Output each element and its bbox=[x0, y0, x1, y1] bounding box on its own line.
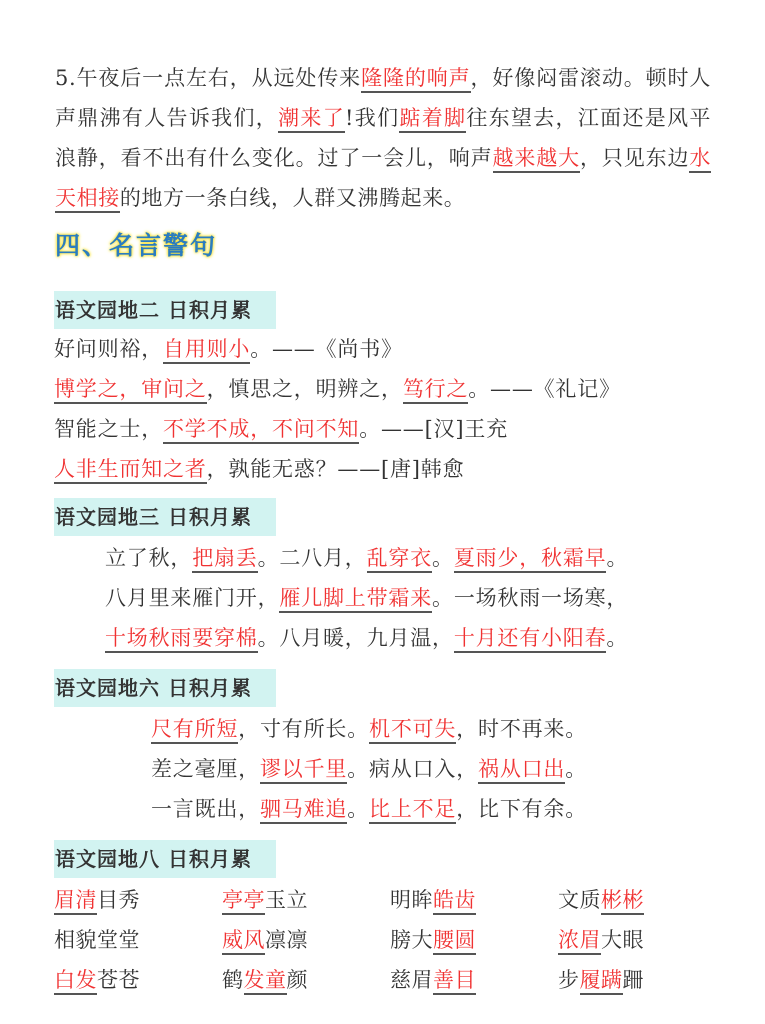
quote-line: 好问则裕，自用则小。——《尚书》 bbox=[54, 329, 621, 369]
idiom-cell: 威风凛凛 bbox=[222, 920, 390, 960]
highlighted-phrase: 十月还有小阳春 bbox=[454, 626, 607, 653]
idiom-row: 相貌堂堂威风凛凛膀大腰圆浓眉大眼 bbox=[54, 920, 726, 960]
text-segment: 智能之士， bbox=[54, 417, 163, 441]
text-segment: 玉立 bbox=[265, 888, 308, 912]
highlighted-phrase: 踮着脚 bbox=[399, 106, 466, 133]
text-segment: 大眼 bbox=[601, 928, 644, 952]
text-segment: 文质 bbox=[558, 888, 601, 912]
highlighted-phrase: 夏雨少，秋霜早 bbox=[454, 546, 607, 573]
highlighted-phrase: 驷马难追 bbox=[260, 797, 347, 824]
document-page: 5.午夜后一点左右，从远处传来隆隆的响声，好像闷雷滚动。顿时人声鼎沸有人告诉我们… bbox=[0, 0, 765, 1024]
highlighted-phrase: 眉清 bbox=[54, 888, 97, 915]
quote-line: 智能之士，不学不成，不问不知。——[汉]王充 bbox=[54, 409, 621, 449]
text-segment: 慈眉 bbox=[390, 968, 433, 992]
section-title: 四、名言警句 bbox=[55, 226, 217, 262]
highlighted-phrase: 祸从口出 bbox=[478, 757, 565, 784]
highlighted-phrase: 机不可失 bbox=[369, 717, 456, 744]
text-segment: 。 bbox=[432, 546, 454, 570]
highlighted-phrase: 彬彬 bbox=[601, 888, 644, 915]
highlighted-phrase: 隆隆的响声 bbox=[361, 66, 470, 93]
text-segment: 步 bbox=[558, 968, 580, 992]
text-segment: 。病从口入， bbox=[347, 757, 478, 781]
subsection-heading-3: 语文园地三 日积月累 bbox=[54, 498, 276, 536]
text-segment: 。——《尚书》 bbox=[250, 337, 403, 361]
text-segment: ，寸有所长。 bbox=[238, 717, 369, 741]
text-segment: 一言既出， bbox=[151, 797, 260, 821]
idiom-grid-8: 眉清目秀亭亭玉立明眸皓齿文质彬彬相貌堂堂威风凛凛膀大腰圆浓眉大眼白发苍苍鹤发童颜… bbox=[54, 880, 726, 1000]
text-segment: ，比下有余。 bbox=[456, 797, 587, 821]
idiom-cell: 亭亭玉立 bbox=[222, 880, 390, 920]
idiom-cell: 明眸皓齿 bbox=[390, 880, 558, 920]
idiom-cell: 文质彬彬 bbox=[558, 880, 726, 920]
highlighted-phrase: 皓齿 bbox=[433, 888, 476, 915]
text-segment: 颜 bbox=[287, 968, 309, 992]
highlighted-phrase: 十场秋雨要穿棉 bbox=[105, 626, 258, 653]
quotes-list-2: 好问则裕，自用则小。——《尚书》博学之，审问之，慎思之，明辨之，笃行之。——《礼… bbox=[54, 329, 621, 489]
highlighted-phrase: 谬以千里 bbox=[260, 757, 347, 784]
idiom-cell: 步履蹒跚 bbox=[558, 960, 726, 1000]
text-segment: ，时不再来。 bbox=[456, 717, 587, 741]
idiom-cell: 白发苍苍 bbox=[54, 960, 222, 1000]
idiom-cell: 膀大腰圆 bbox=[390, 920, 558, 960]
highlighted-phrase: 尺有所短 bbox=[151, 717, 238, 744]
text-segment: ，孰能无惑？——[唐]韩愈 bbox=[207, 457, 465, 481]
text-segment: 差之毫厘， bbox=[151, 757, 260, 781]
highlighted-phrase: 履蹒 bbox=[580, 968, 623, 995]
idiom-cell: 浓眉大眼 bbox=[558, 920, 726, 960]
text-segment: 。一场秋雨一场寒， bbox=[432, 586, 628, 610]
text-segment: !我们 bbox=[345, 106, 399, 130]
idiom-row: 眉清目秀亭亭玉立明眸皓齿文质彬彬 bbox=[54, 880, 726, 920]
quote-line: 立了秋，把扇丢。二八月，乱穿衣。夏雨少，秋霜早。 bbox=[105, 538, 628, 578]
quote-line: 尺有所短，寸有所长。机不可失，时不再来。 bbox=[151, 709, 587, 749]
text-segment: 。 bbox=[606, 546, 628, 570]
text-segment: 的地方一条白线，人群又沸腾起来。 bbox=[120, 186, 466, 210]
highlighted-phrase: 潮来了 bbox=[278, 106, 345, 133]
subsection-heading-8: 语文园地八 日积月累 bbox=[54, 840, 276, 878]
text-segment: 5.午夜后一点左右，从远处传来 bbox=[55, 66, 361, 90]
quotes-list-6: 尺有所短，寸有所长。机不可失，时不再来。差之毫厘，谬以千里。病从口入，祸从口出。… bbox=[151, 709, 587, 829]
highlighted-phrase: 腰圆 bbox=[433, 928, 476, 955]
highlighted-phrase: 浓眉 bbox=[558, 928, 601, 955]
highlighted-phrase: 把扇丢 bbox=[192, 546, 257, 573]
text-segment: ，慎思之，明辨之， bbox=[207, 377, 403, 401]
text-segment: 。 bbox=[347, 797, 369, 821]
passage-paragraph: 5.午夜后一点左右，从远处传来隆隆的响声，好像闷雷滚动。顿时人声鼎沸有人告诉我们… bbox=[55, 58, 711, 218]
quote-line: 八月里来雁门开，雁儿脚上带霜来。一场秋雨一场寒， bbox=[105, 578, 628, 618]
highlighted-phrase: 乱穿衣 bbox=[367, 546, 432, 573]
highlighted-phrase: 发童 bbox=[244, 968, 287, 995]
text-segment: 。——[汉]王充 bbox=[359, 417, 508, 441]
highlighted-phrase: 自用则小 bbox=[163, 337, 250, 364]
text-segment: 。二八月， bbox=[258, 546, 367, 570]
highlighted-phrase: 博学之，审问之 bbox=[54, 377, 207, 404]
quote-line: 差之毫厘，谬以千里。病从口入，祸从口出。 bbox=[151, 749, 587, 789]
highlighted-phrase: 笃行之 bbox=[403, 377, 468, 404]
text-segment: 。八月暖，九月温， bbox=[258, 626, 454, 650]
text-segment: 膀大 bbox=[390, 928, 433, 952]
text-segment: 。 bbox=[565, 757, 587, 781]
text-segment: ，只见东边 bbox=[580, 146, 689, 170]
highlighted-phrase: 威风 bbox=[222, 928, 265, 955]
text-segment: 明眸 bbox=[390, 888, 433, 912]
text-segment: 。——《礼记》 bbox=[468, 377, 621, 401]
idiom-cell: 眉清目秀 bbox=[54, 880, 222, 920]
highlighted-phrase: 亭亭 bbox=[222, 888, 265, 915]
highlighted-phrase: 不学不成，不问不知 bbox=[163, 417, 359, 444]
highlighted-phrase: 比上不足 bbox=[369, 797, 456, 824]
text-segment: 。 bbox=[606, 626, 628, 650]
text-segment: 八月里来雁门开， bbox=[105, 586, 279, 610]
quote-line: 博学之，审问之，慎思之，明辨之，笃行之。——《礼记》 bbox=[54, 369, 621, 409]
highlighted-phrase: 雁儿脚上带霜来 bbox=[279, 586, 432, 613]
highlighted-phrase: 越来越大 bbox=[493, 146, 581, 173]
text-segment: 立了秋， bbox=[105, 546, 192, 570]
highlighted-phrase: 白发 bbox=[54, 968, 97, 995]
text-segment: 跚 bbox=[623, 968, 645, 992]
text-segment: 凛凛 bbox=[265, 928, 308, 952]
idiom-cell: 慈眉善目 bbox=[390, 960, 558, 1000]
idiom-cell: 鹤发童颜 bbox=[222, 960, 390, 1000]
subsection-heading-2: 语文园地二 日积月累 bbox=[54, 291, 276, 329]
text-segment: 好问则裕， bbox=[54, 337, 163, 361]
text-segment: 相貌堂堂 bbox=[54, 928, 140, 952]
text-segment: 苍苍 bbox=[97, 968, 140, 992]
highlighted-phrase: 人非生而知之者 bbox=[54, 457, 207, 484]
idiom-row: 白发苍苍鹤发童颜慈眉善目步履蹒跚 bbox=[54, 960, 726, 1000]
highlighted-phrase: 善目 bbox=[433, 968, 476, 995]
quote-line: 十场秋雨要穿棉。八月暖，九月温，十月还有小阳春。 bbox=[105, 618, 628, 658]
text-segment: 目秀 bbox=[97, 888, 140, 912]
text-segment: 鹤 bbox=[222, 968, 244, 992]
quotes-list-3: 立了秋，把扇丢。二八月，乱穿衣。夏雨少，秋霜早。八月里来雁门开，雁儿脚上带霜来。… bbox=[105, 538, 628, 658]
quote-line: 人非生而知之者，孰能无惑？——[唐]韩愈 bbox=[54, 449, 621, 489]
quote-line: 一言既出，驷马难追。比上不足，比下有余。 bbox=[151, 789, 587, 829]
subsection-heading-6: 语文园地六 日积月累 bbox=[54, 669, 276, 707]
idiom-cell: 相貌堂堂 bbox=[54, 920, 222, 960]
